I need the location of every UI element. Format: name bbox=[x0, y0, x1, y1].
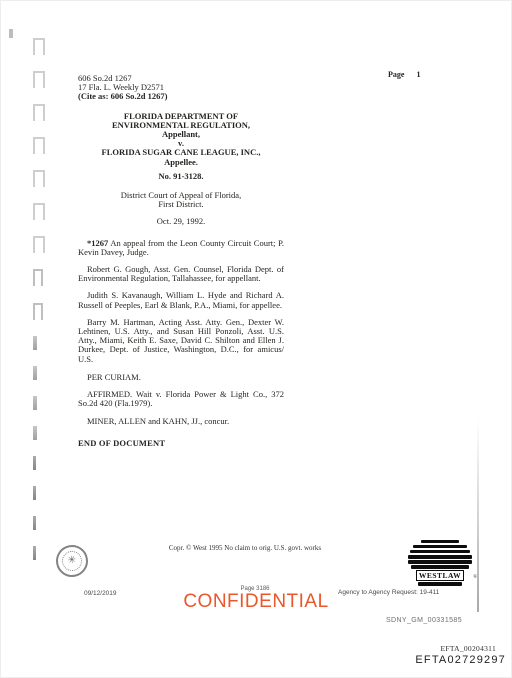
west-copyright-line: Copr. © West 1995 No claim to orig. U.S.… bbox=[128, 544, 362, 552]
counsel-appellant-paragraph: Robert G. Gough, Asst. Gen. Counsel, Flo… bbox=[78, 265, 284, 283]
per-curiam: PER CURIAM. bbox=[78, 373, 284, 382]
binding-hole-mark bbox=[33, 396, 37, 410]
appeal-text: An appeal from the Leon County Circuit C… bbox=[78, 238, 284, 257]
binding-holes-column bbox=[33, 38, 45, 560]
binding-hole-mark bbox=[33, 104, 45, 121]
westlaw-logo-bar bbox=[413, 545, 467, 549]
seal-stamp-icon: ✳ bbox=[53, 542, 90, 579]
end-of-document: END OF DOCUMENT bbox=[78, 439, 284, 448]
binding-hole-mark bbox=[33, 38, 45, 55]
binding-hole-mark bbox=[33, 336, 37, 350]
scan-artifact-vertical-line bbox=[477, 418, 479, 612]
bates-number-sdny: SDNY_GM_00331585 bbox=[386, 617, 462, 624]
party-appellee-role: Appellee. bbox=[78, 158, 284, 167]
westlaw-logo: WESTLAW ® bbox=[407, 538, 473, 586]
binding-hole-mark bbox=[33, 546, 36, 560]
binding-hole-mark bbox=[33, 516, 36, 530]
binding-hole-mark bbox=[33, 71, 45, 88]
citation-cite-as: (Cite as: 606 So.2d 1267) bbox=[78, 92, 284, 101]
agency-request-label: Agency to Agency Request: 19-411 bbox=[338, 589, 439, 596]
westlaw-logo-bar bbox=[408, 560, 472, 564]
binding-hole-mark bbox=[33, 137, 45, 154]
scan-date: 09/12/2019 bbox=[84, 590, 117, 597]
seal-glyph: ✳ bbox=[60, 549, 83, 572]
binding-hole-mark bbox=[33, 366, 37, 380]
westlaw-logo-wordmark: WESTLAW bbox=[416, 570, 464, 581]
binding-hole-mark bbox=[33, 236, 45, 253]
appeal-paragraph: *1267 An appeal from the Leon County Cir… bbox=[78, 239, 284, 257]
binding-hole-mark bbox=[33, 426, 37, 440]
westlaw-logo-bar bbox=[418, 582, 462, 586]
court-line2: First District. bbox=[78, 200, 284, 209]
citation-block: 606 So.2d 1267 17 Fla. L. Weekly D2571 (… bbox=[78, 74, 284, 102]
westlaw-logo-bar bbox=[410, 550, 470, 554]
docket-number: No. 91-3128. bbox=[78, 172, 284, 181]
counsel-appellee-paragraph: Judith S. Kavanaugh, William L. Hyde and… bbox=[78, 291, 284, 309]
binding-hole-mark bbox=[33, 303, 43, 320]
scanned-document-page: Page 1 606 So.2d 1267 17 Fla. L. Weekly … bbox=[0, 0, 512, 678]
westlaw-logo-bar bbox=[408, 555, 472, 559]
concurrence-line: MINER, ALLEN and KAHN, JJ., concur. bbox=[78, 417, 284, 426]
page-number-header: Page 1 bbox=[388, 70, 420, 79]
bates-number-efta-large: EFTA02729297 bbox=[415, 654, 506, 666]
binding-hole-mark bbox=[33, 170, 45, 187]
court-name: District Court of Appeal of Florida, Fir… bbox=[78, 191, 284, 209]
westlaw-logo-bar bbox=[411, 565, 469, 569]
binding-hole-mark bbox=[33, 269, 43, 286]
counsel-amicus-paragraph: Barry M. Hartman, Acting Asst. Atty. Gen… bbox=[78, 318, 284, 364]
scan-artifact-dash bbox=[9, 29, 13, 38]
bates-number-efta-small: EFTA_00204311 bbox=[440, 644, 496, 653]
disposition-paragraph: AFFIRMED. Wait v. Florida Power & Light … bbox=[78, 390, 284, 408]
case-caption: FLORIDA DEPARTMENT OF ENVIRONMENTAL REGU… bbox=[78, 112, 284, 167]
binding-hole-mark bbox=[33, 203, 45, 220]
westlaw-logo-bar bbox=[421, 540, 459, 544]
binding-hole-mark bbox=[33, 456, 36, 470]
opinion-date: Oct. 29, 1992. bbox=[78, 217, 284, 226]
confidential-stamp: CONFIDENTIAL bbox=[176, 591, 336, 613]
binding-hole-mark bbox=[33, 486, 36, 500]
registered-trademark-icon: ® bbox=[473, 575, 477, 580]
opinion-text-column: 606 So.2d 1267 17 Fla. L. Weekly D2571 (… bbox=[78, 74, 284, 448]
